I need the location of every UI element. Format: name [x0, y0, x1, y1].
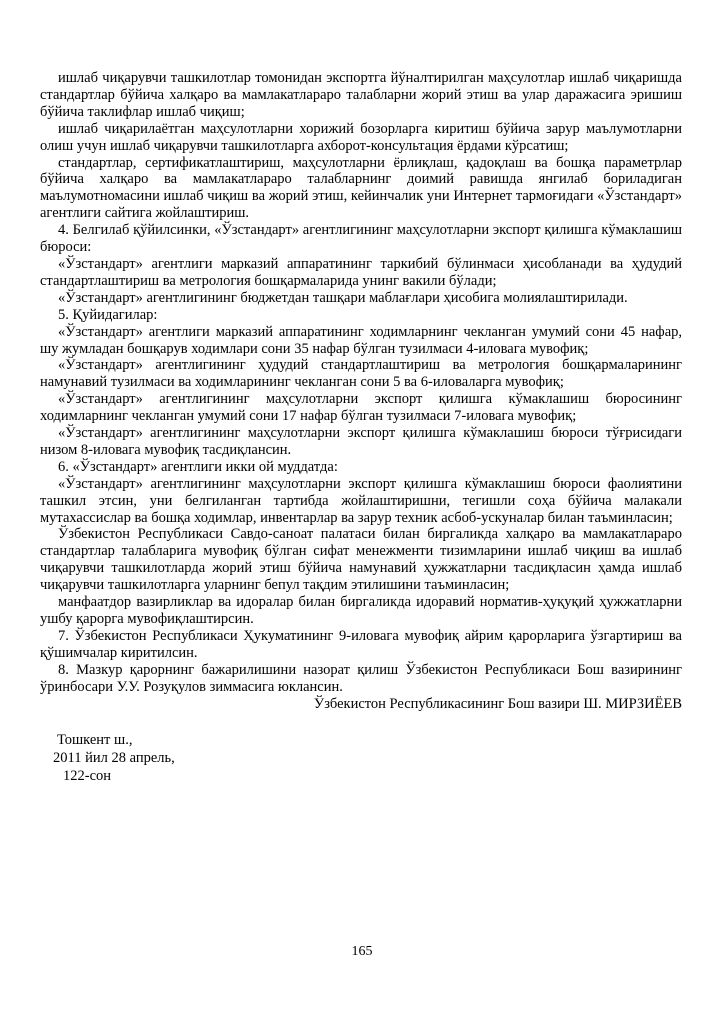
- paragraph: манфаатдор вазирликлар ва идоралар билан…: [40, 594, 682, 628]
- paragraph: 8. Мазкур қарорнинг бажарилишини назорат…: [40, 662, 682, 696]
- paragraph: Ўзбекистон Республикаси Савдо-саноат пал…: [40, 526, 682, 594]
- paragraph: «Ўзстандарт» агентлиги марказий аппарати…: [40, 324, 682, 358]
- document-body: ишлаб чиқарувчи ташкилотлар томонидан эк…: [40, 70, 682, 785]
- paragraph: 6. «Ўзстандарт» агентлиги икки ой муддат…: [40, 459, 682, 476]
- paragraph: 4. Белгилаб қўйилсинки, «Ўзстандарт» аге…: [40, 222, 682, 256]
- page-number: 165: [0, 944, 724, 960]
- paragraph: 5. Қуйидагилар:: [40, 307, 682, 324]
- paragraph: стандартлар, сертификатлаштириш, маҳсуло…: [40, 155, 682, 223]
- dateline-number: 122-сон: [40, 767, 682, 785]
- paragraph: ишлаб чиқарилаётган маҳсулотларни хорижи…: [40, 121, 682, 155]
- paragraph: «Ўзстандарт» агентлигининг маҳсулотларни…: [40, 476, 682, 527]
- dateline-block: Тошкент ш., 2011 йил 28 апрель, 122-сон: [40, 731, 682, 785]
- paragraph: «Ўзстандарт» агентлигининг маҳсулотларни…: [40, 391, 682, 425]
- paragraph: «Ўзстандарт» агентлиги марказий аппарати…: [40, 256, 682, 290]
- paragraph: «Ўзстандарт» агентлигининг ҳудудий станд…: [40, 357, 682, 391]
- document-page: ишлаб чиқарувчи ташкилотлар томонидан эк…: [0, 0, 724, 1024]
- paragraph: «Ўзстандарт» агентлигининг маҳсулотларни…: [40, 425, 682, 459]
- paragraph-list: ишлаб чиқарувчи ташкилотлар томонидан эк…: [40, 70, 682, 696]
- dateline-date: 2011 йил 28 апрель,: [40, 749, 682, 767]
- signature-line: Ўзбекистон Республикасининг Бош вазири Ш…: [40, 696, 682, 713]
- dateline-city: Тошкент ш.,: [40, 731, 682, 749]
- paragraph: 7. Ўзбекистон Республикаси Ҳукуматининг …: [40, 628, 682, 662]
- paragraph: «Ўзстандарт» агентлигининг бюджетдан таш…: [40, 290, 682, 307]
- paragraph: ишлаб чиқарувчи ташкилотлар томонидан эк…: [40, 70, 682, 121]
